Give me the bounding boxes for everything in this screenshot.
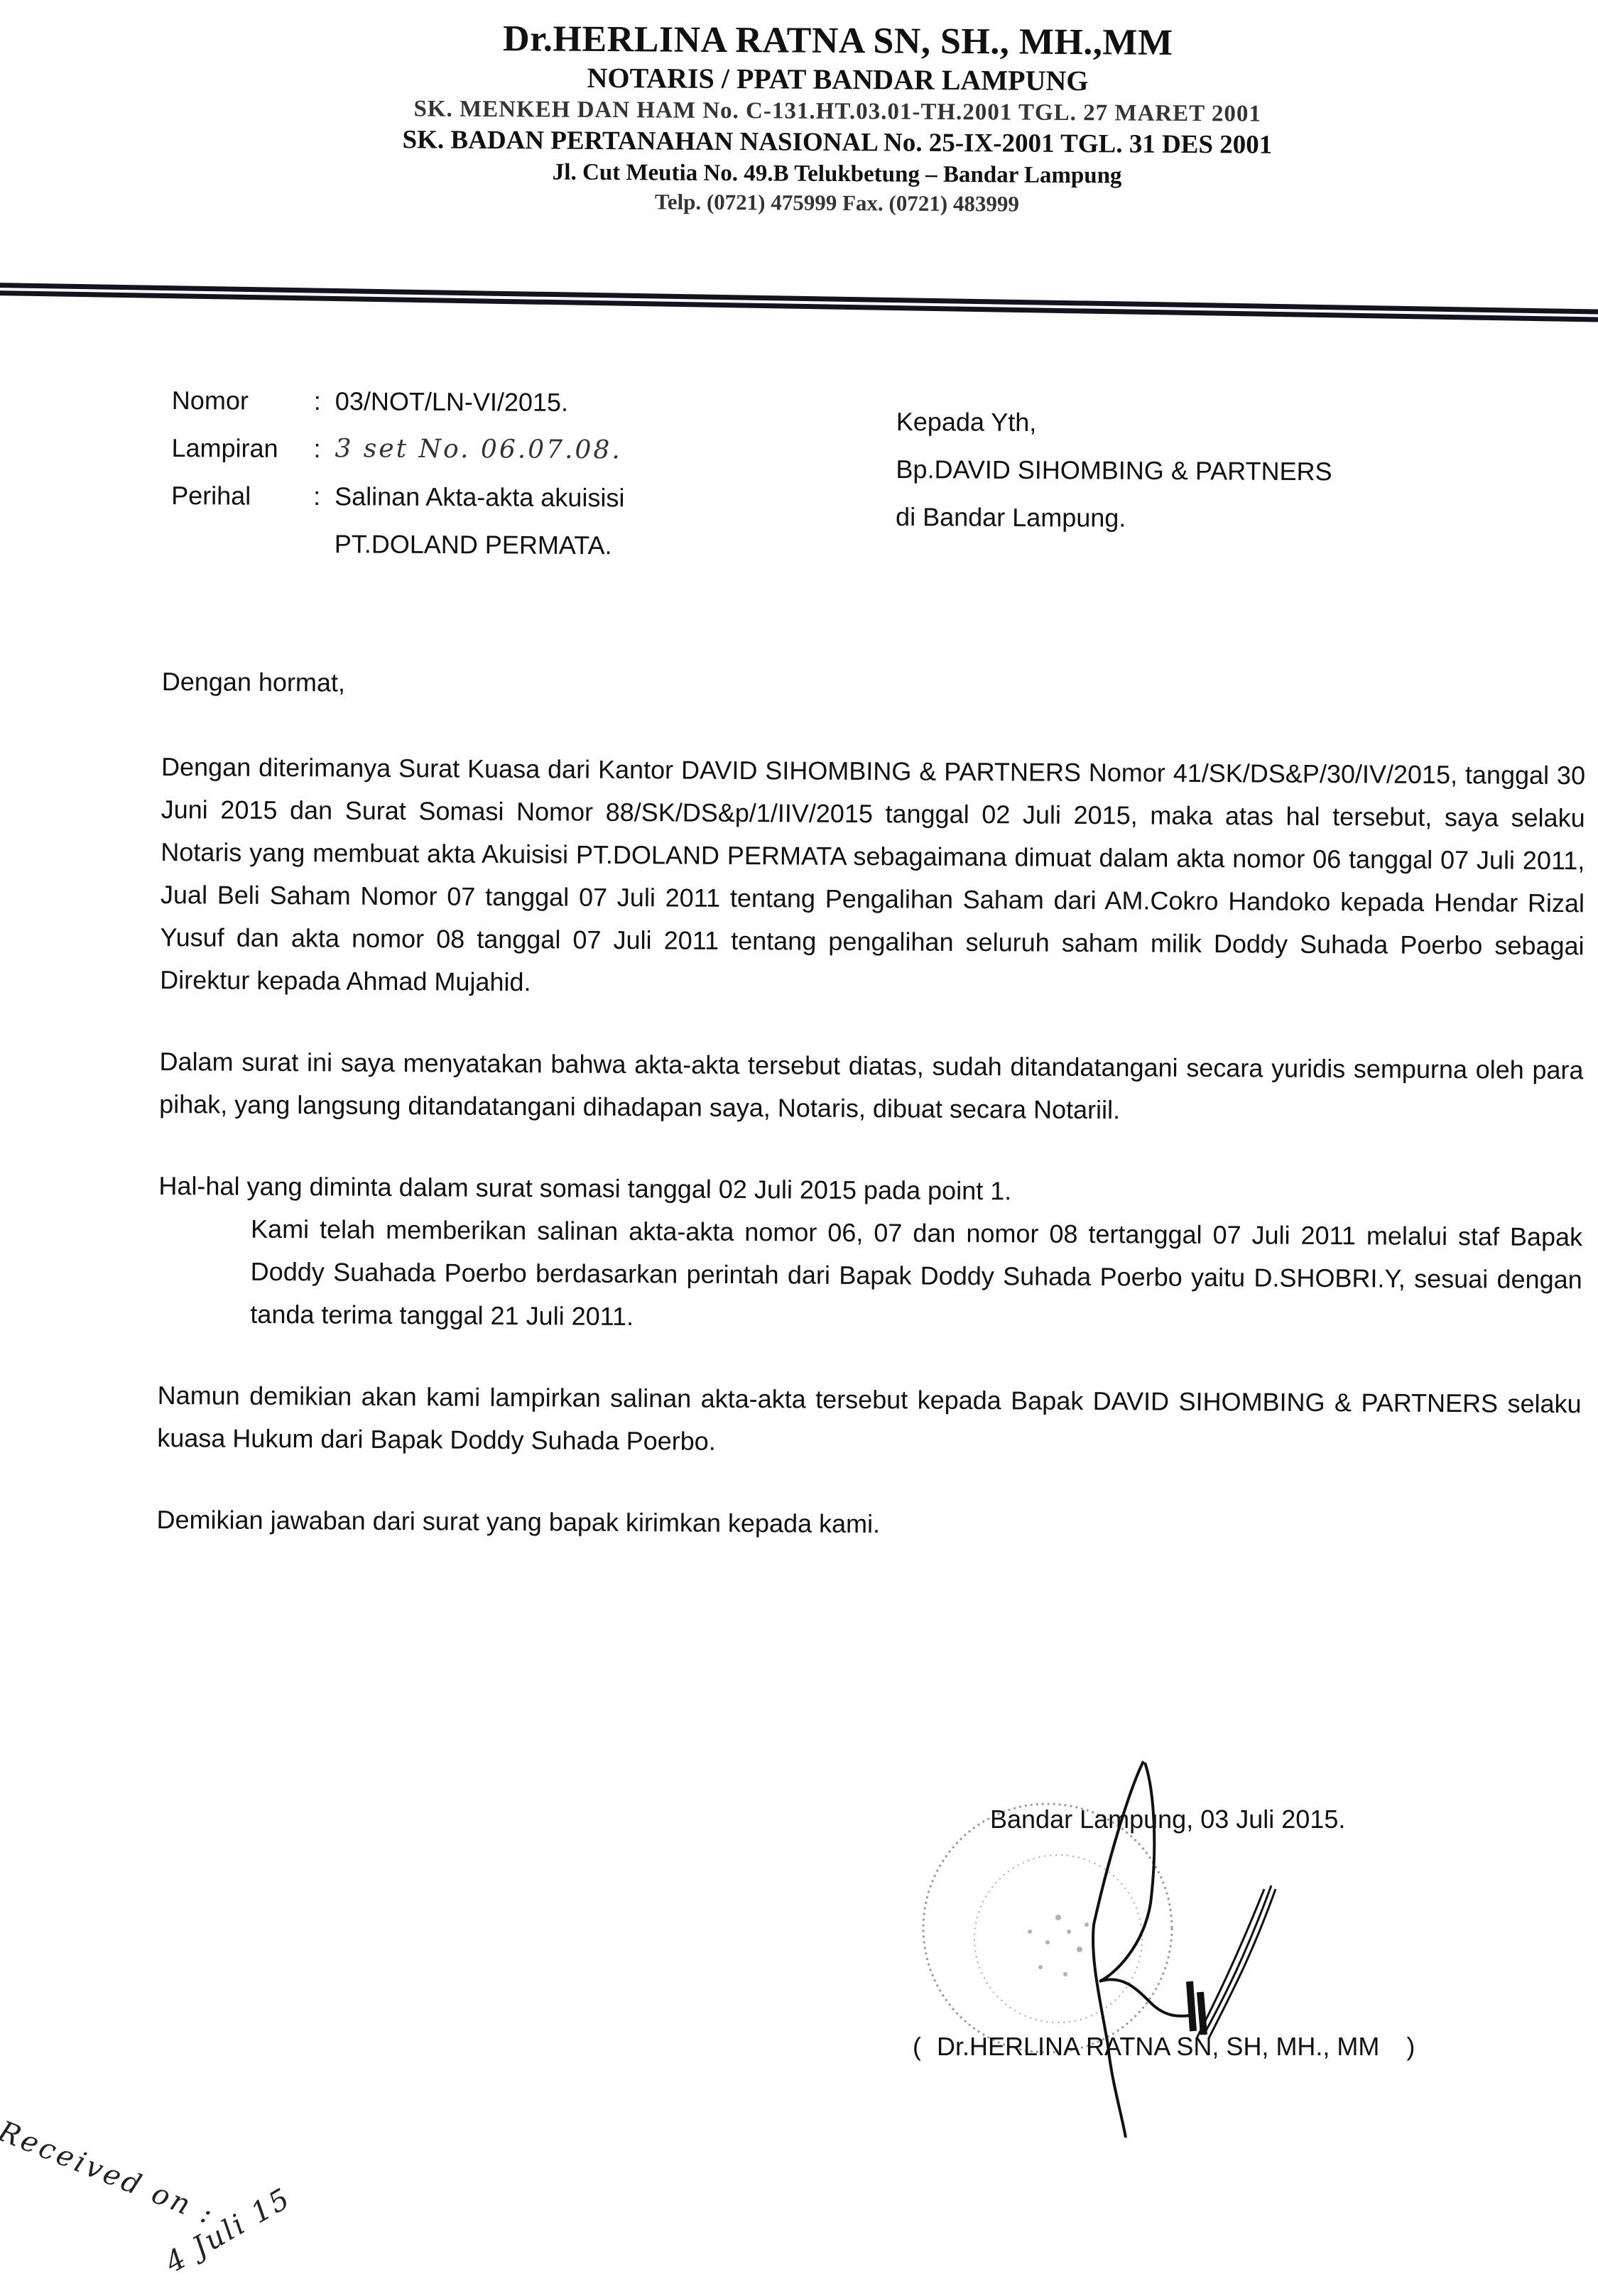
- paragraph-3-point: Kami telah memberikan salinan akta-akta …: [158, 1207, 1582, 1344]
- colon: :: [313, 432, 335, 466]
- notary-name: Dr.HERLINA RATNA SN, SH., MH.,MM: [256, 16, 1420, 66]
- colon: :: [313, 479, 335, 513]
- letter-meta: Nomor : 03/NOT/LN-VI/2015. Lampiran : 3 …: [171, 383, 811, 577]
- paragraph-1: Dengan diterimanya Surat Kuasa dari Kant…: [160, 746, 1585, 1010]
- recipient-greeting: Kepada Yth,: [896, 398, 1536, 449]
- recipient-name: Bp.DAVID SIHOMBING & PARTNERS: [896, 445, 1535, 496]
- handwritten-received-note: Received on :: [0, 2115, 220, 2232]
- meta-row-nomor: Nomor : 03/NOT/LN-VI/2015.: [172, 383, 811, 435]
- letter-body: Dengan hormat, Dengan diterimanya Surat …: [156, 660, 1586, 1589]
- perihal-value: Salinan Akta-akta akuisisi: [335, 479, 810, 516]
- paragraph-4: Namun demikian akan kami lampirkan salin…: [157, 1374, 1582, 1468]
- nomor-value: 03/NOT/LN-VI/2015.: [335, 384, 811, 421]
- colon: :: [314, 384, 335, 418]
- lampiran-value-handwritten: 3 set No. 06.07.08.: [335, 432, 810, 469]
- meta-row-perihal: Perihal : Salinan Akta-akta akuisisi: [171, 479, 810, 530]
- notary-stamp-icon: [916, 1797, 1179, 2060]
- meta-row-lampiran: Lampiran : 3 set No. 06.07.08.: [171, 431, 810, 482]
- letterhead-double-rule: [0, 283, 1598, 325]
- scanned-letter-page: Dr.HERLINA RATNA SN, SH., MH.,MM NOTARIS…: [0, 0, 1598, 2296]
- closing-line: Demikian jawaban dari surat yang bapak k…: [156, 1498, 1580, 1550]
- perihal-value-continued: PT.DOLAND PERMATA.: [171, 526, 810, 577]
- close-paren: ): [1406, 2031, 1415, 2062]
- perihal-label: Perihal: [171, 479, 313, 513]
- salutation: Dengan hormat,: [162, 660, 1586, 712]
- paragraph-2: Dalam surat ini saya menyatakan bahwa ak…: [159, 1040, 1584, 1134]
- open-paren: (: [913, 2031, 921, 2062]
- recipient-location: di Bandar Lampung.: [896, 493, 1535, 544]
- letterhead: Dr.HERLINA RATNA SN, SH., MH.,MM NOTARIS…: [254, 16, 1420, 221]
- nomor-label: Nomor: [172, 383, 314, 418]
- signatory-name-line: (Dr.HERLINA RATNA SN, SH, MH., MM): [913, 2031, 1415, 2062]
- recipient-block: Kepada Yth, Bp.DAVID SIHOMBING & PARTNER…: [896, 398, 1536, 544]
- lampiran-label: Lampiran: [171, 431, 313, 466]
- signature-place-date: Bandar Lampung, 03 Juli 2015.: [990, 1804, 1345, 1835]
- signatory-name: Dr.HERLINA RATNA SN, SH, MH., MM: [937, 2032, 1379, 2061]
